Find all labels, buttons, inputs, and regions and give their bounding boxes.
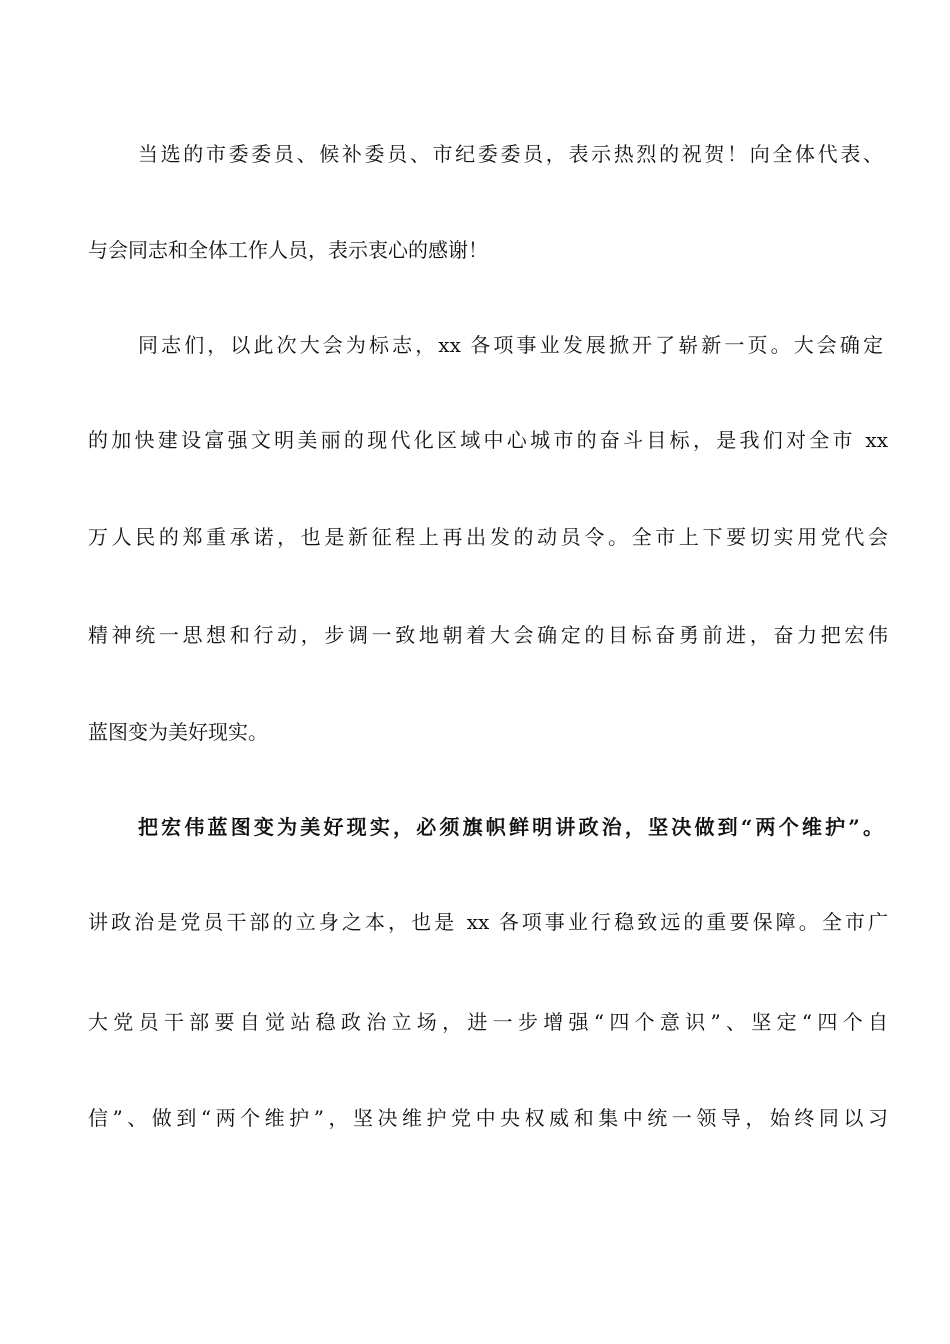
paragraph-line: 信”、做到“两个维护”，坚决维护党中央权威和集中统一领导，始终同以习 [88, 1098, 888, 1138]
paragraph-line: 蓝图变为美好现实。 [88, 712, 888, 752]
paragraph-line: 讲政治是党员干部的立身之本，也是 xx 各项事业行稳致远的重要保障。全市广 [88, 902, 888, 942]
paragraph-line: 当选的市委委员、候补委员、市纪委委员，表示热烈的祝贺！向全体代表、 [138, 134, 883, 174]
paragraph-line: 精神统一思想和行动，步调一致地朝着大会确定的目标奋勇前进，奋力把宏伟 [88, 615, 888, 655]
document-page: 当选的市委委员、候补委员、市纪委委员，表示热烈的祝贺！向全体代表、 与会同志和全… [0, 0, 950, 1344]
paragraph-line: 万人民的郑重承诺，也是新征程上再出发的动员令。全市上下要切实用党代会 [88, 517, 888, 557]
paragraph-line: 同志们，以此次大会为标志，xx 各项事业发展掀开了崭新一页。大会确定 [138, 325, 883, 365]
paragraph-line: 与会同志和全体工作人员，表示衷心的感谢！ [88, 230, 888, 270]
paragraph-line: 大党员干部要自觉站稳政治立场，进一步增强“四个意识”、坚定“四个自 [88, 1002, 888, 1042]
section-heading-line: 把宏伟蓝图变为美好现实，必须旗帜鲜明讲政治，坚决做到“两个维护”。 [138, 807, 883, 847]
paragraph-line: 的加快建设富强文明美丽的现代化区域中心城市的奋斗目标，是我们对全市 xx [88, 420, 888, 460]
